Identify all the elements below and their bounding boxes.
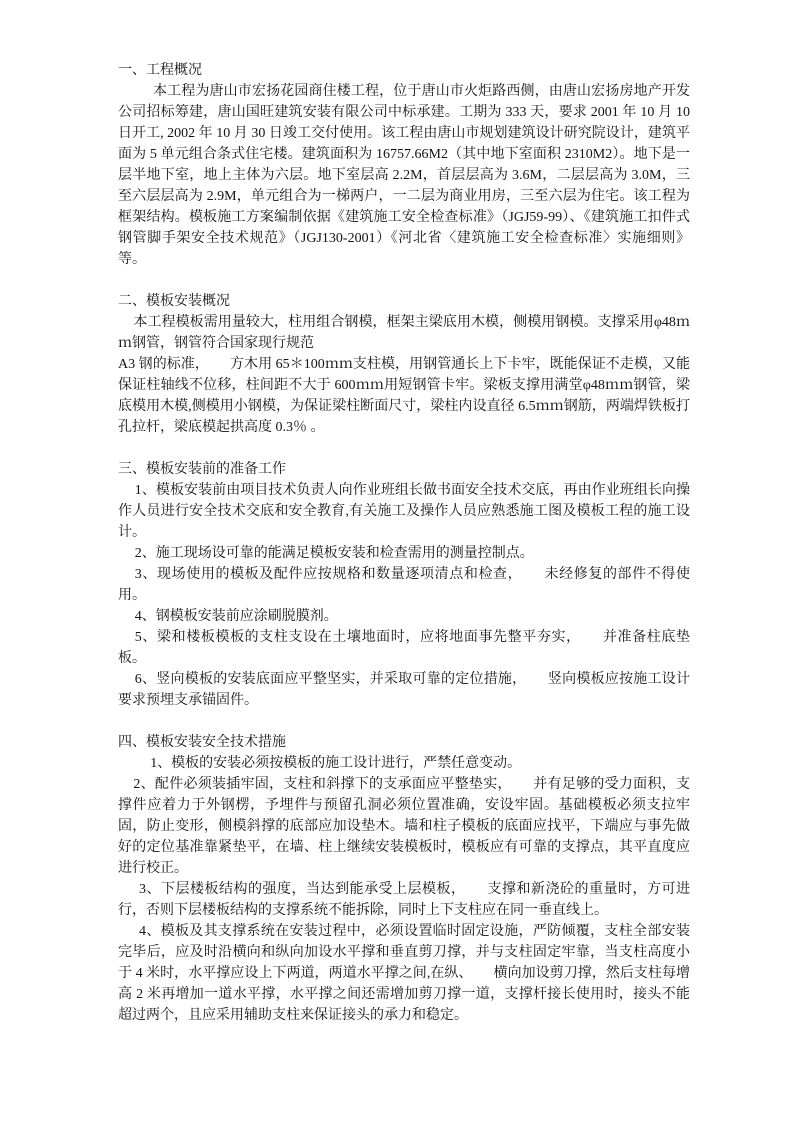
document-page: 一、工程概况 本工程为唐山市宏扬花园商住楼工程，位于唐山市火炬路西侧，由唐山宏扬… xyxy=(0,0,794,1123)
paragraph: 本工程为唐山市宏扬花园商住楼工程，位于唐山市火炬路西侧，由唐山宏扬房地产开发公司… xyxy=(118,81,690,270)
section-pre-installation-preparation: 三、模板安装前的准备工作 1、模板安装前由项目技术负责人向作业班组长做书面安全技… xyxy=(118,459,690,711)
section-formwork-installation-overview: 二、模板安装概况 本工程模板需用量较大，柱用组合钢模，框架主梁底用木模，侧模用钢… xyxy=(118,291,690,438)
section-project-overview: 一、工程概况 本工程为唐山市宏扬花园商住楼工程，位于唐山市火炬路西侧，由唐山宏扬… xyxy=(118,60,690,270)
list-item: 4、模板及其支撑系统在安装过程中，必须设置临时固定设施，严防倾覆，支柱全部安装完… xyxy=(118,921,690,1026)
paragraph: A3 钢的标准， 方木用 65＊100ｍｍ支柱模，用钢管通长上下卡牢，既能保证不… xyxy=(118,354,690,438)
list-item: 3、下层楼板结构的强度，当达到能承受上层模板， 支撑和新浇砼的重量时，方可进行，… xyxy=(118,879,690,921)
paragraph: 本工程模板需用量较大，柱用组合钢模，框架主梁底用木模，侧模用钢模。支撑采用φ48… xyxy=(118,312,690,354)
list-item: 1、模板安装前由项目技术负责人向作业班组长做书面安全技术交底，再由作业班组长向操… xyxy=(118,480,690,543)
list-item: 6、竖向模板的安装底面应平整坚实，并采取可靠的定位措施， 竖向模板应按施工设计要… xyxy=(118,669,690,711)
section-heading: 四、模板安装安全技术措施 xyxy=(118,732,690,753)
list-item: 5、梁和楼板模板的支柱支设在土壤地面时，应将地面事先整平夯实， 并准备柱底垫板。 xyxy=(118,627,690,669)
list-item: 2、施工现场设可靠的能满足模板安装和检查需用的测量控制点。 xyxy=(118,543,690,564)
list-item: 1、模板的安装必须按模板的施工设计进行，严禁任意变动。 xyxy=(118,753,690,774)
list-item: 2、配件必须装插牢固，支柱和斜撑下的支承面应平整垫实， 并有足够的受力面积，支撑… xyxy=(118,774,690,879)
list-item: 3、现场使用的模板及配件应按规格和数量逐项清点和检查， 未经修复的部件不得使用。 xyxy=(118,564,690,606)
section-heading: 三、模板安装前的准备工作 xyxy=(118,459,690,480)
list-item: 4、钢模板安装前应涂刷脱膜剂。 xyxy=(118,606,690,627)
section-heading: 一、工程概况 xyxy=(118,60,690,81)
section-installation-safety-measures: 四、模板安装安全技术措施 1、模板的安装必须按模板的施工设计进行，严禁任意变动。… xyxy=(118,732,690,1026)
section-heading: 二、模板安装概况 xyxy=(118,291,690,312)
